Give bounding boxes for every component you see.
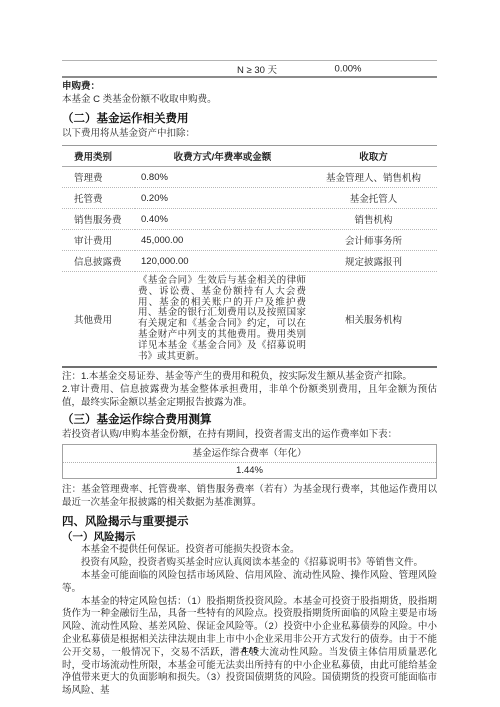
fee-method: 0.40% xyxy=(135,209,310,230)
fee-category: 其他费用 xyxy=(62,272,135,368)
risk-section-title: 四、风险揭示与重要提示 xyxy=(62,515,437,530)
risk-paragraph: 投资有风险，投资者购买基金时应认真阅读本基金的《招募说明书》等销售文件。 xyxy=(62,557,437,570)
redemption-fee-table-tail: N ≥ 30 天 0.00% xyxy=(62,60,437,78)
fee-method: 0.80% xyxy=(135,167,310,188)
risk-paragraph: 本基金可能面临的风险包括市场风险、信用风险、流动性风险、操作风险、管理风险等。 xyxy=(62,570,437,596)
subscription-fee-label: 申购费： xyxy=(62,80,437,93)
table-row: 信息披露费 120,000.00 规定披露报刊 xyxy=(62,251,437,272)
table-row: 销售服务费 0.40% 销售机构 xyxy=(62,209,437,230)
composite-fee-note: 注：基金管理费率、托管费率、销售服务费率（若有）为基金现行费率，其他运作费用以最… xyxy=(62,483,437,509)
composite-fee-box-value: 1.44% xyxy=(63,463,436,478)
section-fees-intro: 以下费用将从基金资产中扣除： xyxy=(62,127,437,140)
fee-note-1: 注：1.本基金交易证券、基金等产生的费用和税负，按实际发生额从基金资产扣除。 xyxy=(62,370,437,383)
risk-paragraph: 本基金不提供任何保证。投资者可能损失投资本金。 xyxy=(62,544,437,557)
table-row-other-fees: 其他费用 《基金合同》生效后与基金相关的律师费、诉讼费、基金份额持有人大会费用、… xyxy=(62,272,437,368)
risk-subsection-title: （一）风险揭示 xyxy=(62,530,437,544)
fee-category: 销售服务费 xyxy=(62,209,135,230)
fee-payee: 销售机构 xyxy=(310,209,437,230)
fee-payee: 相关服务机构 xyxy=(310,272,437,368)
document-content: N ≥ 30 天 0.00% 申购费： 本基金 C 类基金份额不收取申购费。 （… xyxy=(0,0,500,698)
fee-payee: 规定披露报刊 xyxy=(310,251,437,272)
fee-table-header-category: 费用类别 xyxy=(62,146,135,167)
fee-method: 0.20% xyxy=(135,188,310,209)
fee-note-2: 2.审计费用、信息披露费为基金整体承担费用，非单个份额类别费用，且年金额为预估值… xyxy=(62,383,437,409)
table-row: 托管费 0.20% 基金托管人 xyxy=(62,188,437,209)
fee-payee: 基金管理人、销售机构 xyxy=(310,167,437,188)
fee-method: 120,000.00 xyxy=(135,251,310,272)
fee-table-header-payee: 收取方 xyxy=(310,146,437,167)
fee-category: 管理费 xyxy=(62,167,135,188)
redemption-rate-cell: 0.00% xyxy=(288,63,408,74)
section-fees-title: （二）基金运作相关费用 xyxy=(62,112,437,127)
table-row: 管理费 0.80% 基金管理人、销售机构 xyxy=(62,167,437,188)
fee-category: 托管费 xyxy=(62,188,135,209)
composite-fee-box-header: 基金运作综合费率（年化） xyxy=(63,445,436,463)
page-number: 4 / 5 xyxy=(0,646,500,655)
fee-payee: 基金托管人 xyxy=(310,188,437,209)
fee-table-notes: 注：1.本基金交易证券、基金等产生的费用和税负，按实际发生额从基金资产扣除。 2… xyxy=(62,370,437,409)
composite-fee-box: 基金运作综合费率（年化） 1.44% xyxy=(62,444,437,479)
spacer xyxy=(62,509,437,513)
section-composite-title: （三）基金运作综合费用测算 xyxy=(62,413,437,428)
fee-category: 信息披露费 xyxy=(62,251,135,272)
fee-table: 费用类别 收费方式/年费率或金额 收取方 管理费 0.80% 基金管理人、销售机… xyxy=(62,145,437,368)
section-composite-intro: 若投资者认购/申购本基金份额，在持有期间，投资者需支出的运作费率如下表： xyxy=(62,428,437,441)
fee-category: 审计费用 xyxy=(62,230,135,251)
fee-table-header-method: 收费方式/年费率或金额 xyxy=(135,146,310,167)
table-row: 审计费用 45,000.00 会计师事务所 xyxy=(62,230,437,251)
fee-method: 45,000.00 xyxy=(135,230,310,251)
subscription-fee-text: 本基金 C 类基金份额不收取申购费。 xyxy=(62,93,437,106)
document-page: N ≥ 30 天 0.00% 申购费： 本基金 C 类基金份额不收取申购费。 （… xyxy=(0,0,500,707)
fee-table-header-row: 费用类别 收费方式/年费率或金额 收取方 xyxy=(62,146,437,167)
risk-section: 四、风险揭示与重要提示 （一）风险揭示 本基金不提供任何保证。投资者可能损失投资… xyxy=(62,515,437,698)
fee-method-detail: 《基金合同》生效后与基金相关的律师费、诉讼费、基金份额持有人大会费用、基金的相关… xyxy=(135,272,310,368)
fee-payee: 会计师事务所 xyxy=(310,230,437,251)
subscription-fee-block: 申购费： 本基金 C 类基金份额不收取申购费。 xyxy=(62,80,437,106)
